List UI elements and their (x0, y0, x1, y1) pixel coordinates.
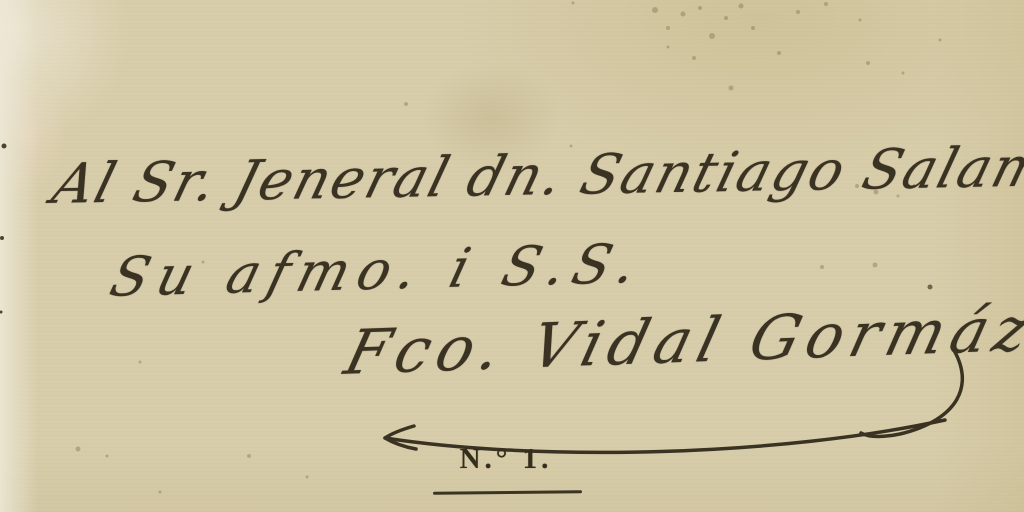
manuscript-page: Al Sr. Jeneral dn. Santiago Salama Su af… (0, 0, 1024, 512)
signature-text: Fco. Vidal Gormáz (338, 293, 1024, 389)
horizontal-rule (433, 490, 582, 495)
dedication-line-2: Su afmo. i S.S. (104, 232, 652, 309)
dedication-line-1: Al Sr. Jeneral dn. Santiago Salama (46, 134, 1024, 216)
printed-number-label: N.° 1. (430, 443, 582, 476)
